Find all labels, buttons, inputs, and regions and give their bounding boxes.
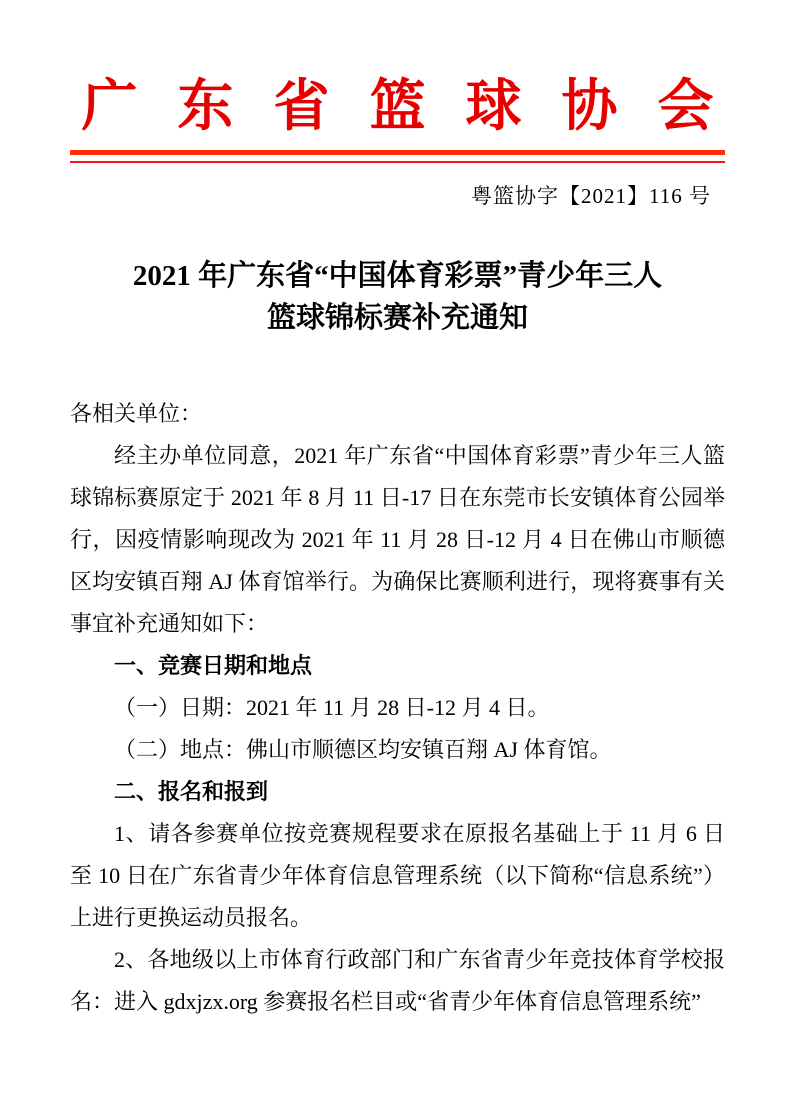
page-title-line2: 篮球锦标赛补充通知 [70, 297, 725, 339]
document-body: 各相关单位： 经主办单位同意，2021 年广东省“中国体育彩票”青少年三人篮球锦… [70, 393, 725, 1023]
red-rule-thick [70, 150, 725, 155]
page-title: 2021 年广东省“中国体育彩票”青少年三人 篮球锦标赛补充通知 [70, 255, 725, 339]
red-rule-thin [70, 161, 725, 163]
salutation: 各相关单位： [70, 393, 725, 435]
document-number: 粤篮协字【2021】116 号 [70, 181, 725, 211]
paragraph-registration-1: 1、请各参赛单位按竞赛规程要求在原报名基础上于 11 月 6 日至 10 日在广… [70, 813, 725, 939]
organization-name: 广东省篮球协会 [70, 68, 765, 146]
paragraph-venue: （二）地点：佛山市顺德区均安镇百翔 AJ 体育馆。 [70, 729, 725, 771]
section-heading-1: 一、竞赛日期和地点 [70, 645, 725, 687]
document-page: 广东省篮球协会 粤篮协字【2021】116 号 2021 年广东省“中国体育彩票… [0, 0, 794, 1108]
paragraph-intro: 经主办单位同意，2021 年广东省“中国体育彩票”青少年三人篮球锦标赛原定于 2… [70, 435, 725, 645]
section-heading-2: 二、报名和报到 [70, 771, 725, 813]
paragraph-date: （一）日期：2021 年 11 月 28 日-12 月 4 日。 [70, 687, 725, 729]
paragraph-registration-2: 2、各地级以上市体育行政部门和广东省青少年竞技体育学校报名：进入 gdxjzx.… [70, 939, 725, 1023]
page-title-line1: 2021 年广东省“中国体育彩票”青少年三人 [70, 255, 725, 297]
letterhead: 广东省篮球协会 粤篮协字【2021】116 号 [70, 68, 725, 211]
